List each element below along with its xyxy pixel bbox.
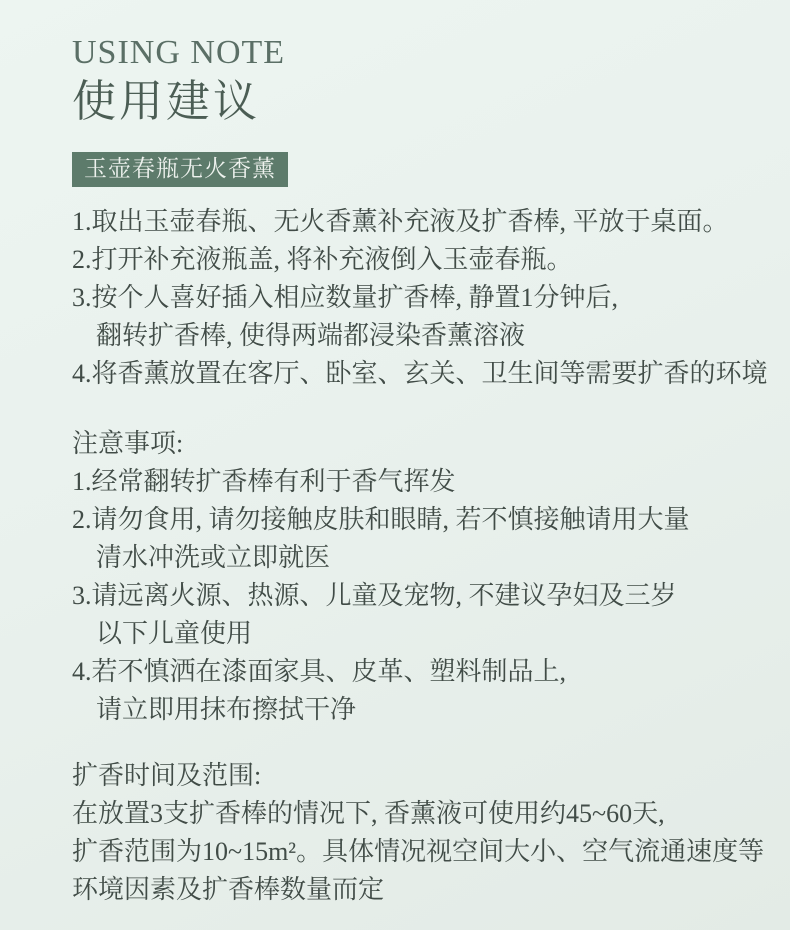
precaution-line: 2.请勿食用, 请勿接触皮肤和眼睛, 若不慎接触请用大量 — [72, 501, 750, 539]
precautions-section: 注意事项: 1.经常翻转扩香棒有利于香气挥发 2.请勿食用, 请勿接触皮肤和眼睛… — [72, 425, 750, 729]
diffusion-line: 环境因素及扩香棒数量而定 — [72, 871, 750, 909]
precautions-heading: 注意事项: — [72, 425, 750, 463]
precaution-line: 3.请远离火源、热源、儿童及宠物, 不建议孕妇及三岁 — [72, 577, 750, 615]
precaution-line: 1.经常翻转扩香棒有利于香气挥发 — [72, 463, 750, 501]
usage-step-line: 2.打开补充液瓶盖, 将补充液倒入玉壶春瓶。 — [72, 241, 750, 279]
product-badge: 玉壶春瓶无火香薰 — [72, 152, 288, 187]
page-header: USING NOTE 使用建议 玉壶春瓶无火香薰 — [72, 34, 750, 187]
page-title: 使用建议 — [72, 79, 750, 125]
usage-step-line-continuation: 翻转扩香棒, 使得两端都浸染香薰溶液 — [72, 317, 750, 355]
precaution-line-continuation: 以下儿童使用 — [72, 615, 750, 653]
diffusion-section: 扩香时间及范围: 在放置3支扩香棒的情况下, 香薰液可使用约45~60天, 扩香… — [72, 757, 750, 909]
usage-step-line: 3.按个人喜好插入相应数量扩香棒, 静置1分钟后, — [72, 279, 750, 317]
usage-steps-section: 1.取出玉壶春瓶、无火香薰补充液及扩香棒, 平放于桌面。 2.打开补充液瓶盖, … — [72, 203, 750, 393]
diffusion-line: 在放置3支扩香棒的情况下, 香薰液可使用约45~60天, — [72, 795, 750, 833]
diffusion-heading: 扩香时间及范围: — [72, 757, 750, 795]
usage-note-page: USING NOTE 使用建议 玉壶春瓶无火香薰 1.取出玉壶春瓶、无火香薰补充… — [0, 0, 790, 930]
precaution-line-continuation: 清水冲洗或立即就医 — [72, 539, 750, 577]
diffusion-line: 扩香范围为10~15m²。具体情况视空间大小、空气流通速度等 — [72, 833, 750, 871]
precaution-line: 4.若不慎洒在漆面家具、皮革、塑料制品上, — [72, 653, 750, 691]
usage-step-line: 4.将香薰放置在客厅、卧室、玄关、卫生间等需要扩香的环境 — [72, 355, 750, 393]
usage-step-line: 1.取出玉壶春瓶、无火香薰补充液及扩香棒, 平放于桌面。 — [72, 203, 750, 241]
precaution-line-continuation: 请立即用抹布擦拭干净 — [72, 691, 750, 729]
title-en: USING NOTE — [72, 34, 750, 71]
